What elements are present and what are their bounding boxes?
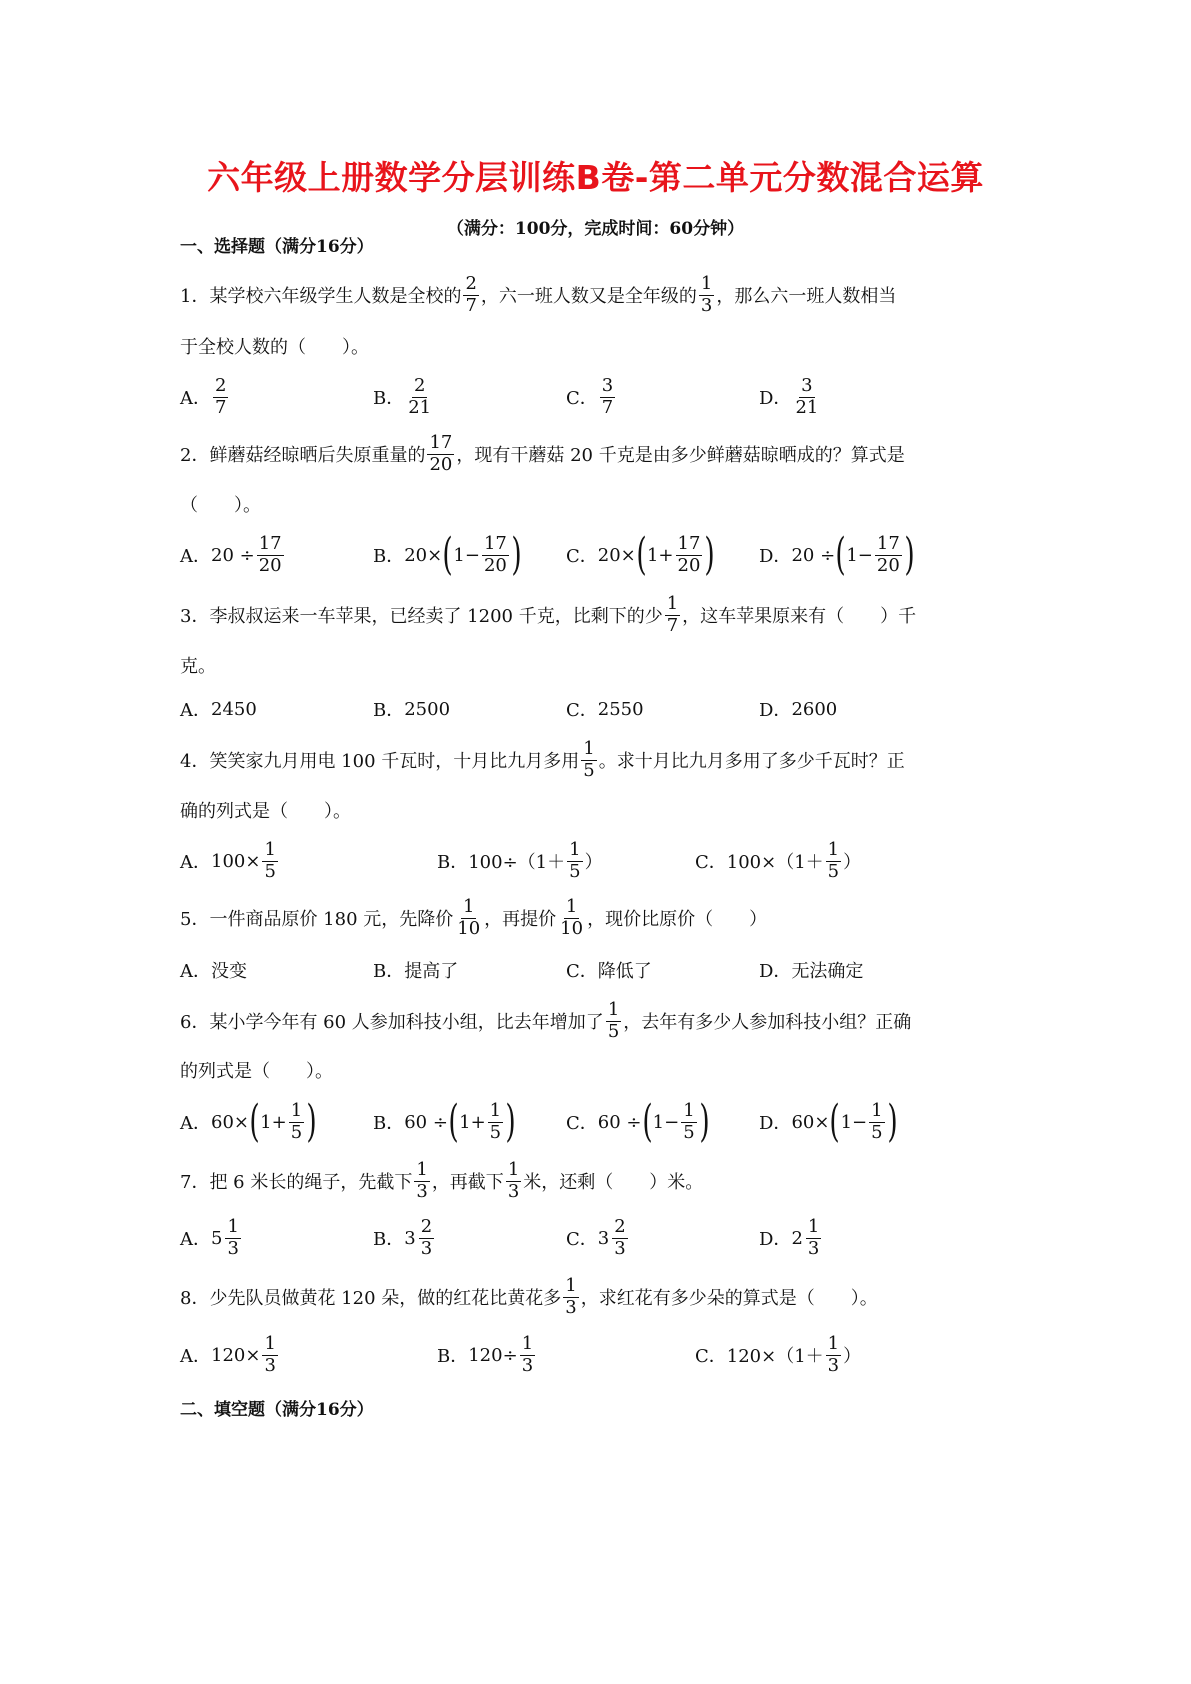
option-c[interactable]: C．2550 bbox=[566, 686, 644, 732]
question-text: ，那么六一班人数相当 bbox=[716, 282, 896, 308]
fraction: 321 bbox=[793, 377, 820, 418]
right-paren: ) bbox=[904, 533, 914, 577]
question-7-options: A．513 B．323 C．323 D．213 bbox=[180, 1215, 1020, 1261]
question-1-line1: 1． 某学校六年级学生人数是全校的 27 ，六一班人数又是全年级的 13 ，那么… bbox=[180, 275, 896, 315]
question-text: 李叔叔运来一车苹果，已经卖了 1200 千克，比剩下的少 bbox=[209, 602, 662, 628]
question-2-options: A．20 ÷ 1720 B．20×(1−1720) C．20×(1+1720) … bbox=[180, 532, 1020, 578]
fraction: 37 bbox=[600, 377, 615, 418]
question-number: 4． bbox=[180, 747, 209, 773]
option-d[interactable]: D．60×(1−15) bbox=[759, 1099, 898, 1145]
option-a[interactable]: A．20 ÷ 1720 bbox=[180, 532, 286, 578]
right-paren: ) bbox=[705, 533, 715, 577]
question-text: 某学校六年级学生人数是全校的 bbox=[209, 282, 461, 308]
left-paren: ( bbox=[830, 1100, 840, 1144]
left-paren: ( bbox=[636, 533, 646, 577]
question-text: 把 6 米长的绳子，先截下 bbox=[209, 1168, 412, 1194]
fraction: 13 bbox=[806, 1218, 821, 1259]
fraction: 110 bbox=[455, 898, 482, 939]
option-d[interactable]: D．无法确定 bbox=[759, 947, 863, 993]
page-title: 六年级上册数学分层训练B卷-第二单元分数混合运算 bbox=[0, 152, 1191, 199]
fraction: 110 bbox=[558, 898, 585, 939]
question-text: 鲜蘑菇经晾晒后失原重量的 bbox=[209, 441, 425, 467]
question-text: ，现有干蘑菇 20 千克是由多少鲜蘑菇晾晒成的？算式是 bbox=[456, 441, 904, 467]
right-paren: ) bbox=[511, 533, 521, 577]
option-d[interactable]: D．321 bbox=[759, 374, 822, 420]
option-c[interactable]: C．323 bbox=[566, 1215, 630, 1261]
left-paren: ( bbox=[249, 1100, 259, 1144]
right-paren: ) bbox=[307, 1100, 317, 1144]
fraction: 15 bbox=[606, 1001, 621, 1042]
question-4-options: A．100×15 B．100÷（1＋15） C．100×（1＋15） bbox=[180, 838, 1020, 884]
question-7-line1: 7． 把 6 米长的绳子，先截下 13 ，再截下 13 米，还剩（ ）米。 bbox=[180, 1161, 703, 1201]
question-6-line2: 的列式是（ ）。 bbox=[180, 1050, 333, 1090]
question-text: ，这车苹果原来有（ ）千 bbox=[682, 602, 916, 628]
option-b[interactable]: B．100÷（1＋15） bbox=[437, 838, 603, 884]
fraction: 15 bbox=[262, 841, 277, 882]
question-1-line2: 于全校人数的（ ）。 bbox=[180, 326, 369, 366]
fraction: 15 bbox=[581, 740, 596, 781]
question-text: ，现价比原价（ ） bbox=[587, 905, 767, 931]
fraction: 13 bbox=[563, 1277, 578, 1318]
question-2-line2: （ ）。 bbox=[180, 484, 261, 524]
fraction: 17 bbox=[665, 595, 680, 636]
question-number: 3． bbox=[180, 602, 209, 628]
option-a[interactable]: A．513 bbox=[180, 1215, 243, 1261]
option-b[interactable]: B．2500 bbox=[373, 686, 450, 732]
question-3-options: A．2450 B．2500 C．2550 D．2600 bbox=[180, 686, 1020, 732]
fraction: 23 bbox=[419, 1218, 434, 1259]
question-text: 少先队员做黄花 120 朵，做的红花比黄花多 bbox=[209, 1284, 561, 1310]
fraction: 15 bbox=[826, 841, 841, 882]
option-b[interactable]: B．提高了 bbox=[373, 947, 458, 993]
option-c[interactable]: C．120×（1＋13） bbox=[695, 1332, 861, 1378]
fraction: 13 bbox=[262, 1335, 277, 1376]
left-paren: ( bbox=[448, 1100, 458, 1144]
option-a[interactable]: A．27 bbox=[180, 374, 230, 420]
question-text: ，去年有多少人参加科技小组？正确 bbox=[623, 1008, 911, 1034]
question-5-line1: 5． 一件商品原价 180 元，先降价 110 ，再提价 110 ，现价比原价（… bbox=[180, 898, 767, 938]
option-a[interactable]: A．60×(1+15) bbox=[180, 1099, 317, 1145]
fraction: 27 bbox=[463, 275, 478, 316]
question-4-line2: 确的列式是（ ）。 bbox=[180, 790, 351, 830]
page-subtitle: （满分：100分，完成时间：60分钟） bbox=[0, 214, 1191, 239]
question-text: 米，还剩（ ）米。 bbox=[523, 1168, 703, 1194]
option-a[interactable]: A．2450 bbox=[180, 686, 257, 732]
option-a[interactable]: A．没变 bbox=[180, 947, 247, 993]
fraction: 1720 bbox=[427, 434, 454, 475]
question-text: ，六一班人数又是全年级的 bbox=[481, 282, 697, 308]
question-number: 2． bbox=[180, 441, 209, 467]
section-heading-choice: 一、选择题（满分16分） bbox=[180, 232, 374, 257]
question-number: 6． bbox=[180, 1008, 209, 1034]
question-number: 5． bbox=[180, 905, 209, 931]
option-c[interactable]: C．37 bbox=[566, 374, 617, 420]
fraction: 15 bbox=[567, 841, 582, 882]
question-5-options: A．没变 B．提高了 C．降低了 D．无法确定 bbox=[180, 947, 1020, 993]
fraction: 13 bbox=[506, 1161, 521, 1202]
fraction: 15 bbox=[488, 1102, 503, 1143]
fraction: 13 bbox=[826, 1335, 841, 1376]
question-8-line1: 8． 少先队员做黄花 120 朵，做的红花比黄花多 13 ，求红花有多少朵的算式… bbox=[180, 1277, 878, 1317]
option-d[interactable]: D．213 bbox=[759, 1215, 823, 1261]
fraction: 13 bbox=[520, 1335, 535, 1376]
option-d[interactable]: D．2600 bbox=[759, 686, 837, 732]
fraction: 15 bbox=[681, 1102, 696, 1143]
fraction: 13 bbox=[699, 275, 714, 316]
question-2-line1: 2． 鲜蘑菇经晾晒后失原重量的 1720 ，现有干蘑菇 20 千克是由多少鲜蘑菇… bbox=[180, 434, 905, 474]
fraction: 1720 bbox=[875, 535, 902, 576]
option-b[interactable]: B．221 bbox=[373, 374, 435, 420]
question-1-options: A．27 B．221 C．37 D．321 bbox=[180, 374, 1020, 420]
option-d[interactable]: D．20 ÷(1−1720) bbox=[759, 532, 915, 578]
worksheet-page: 六年级上册数学分层训练B卷-第二单元分数混合运算 （满分：100分，完成时间：6… bbox=[0, 0, 1191, 1684]
left-paren: ( bbox=[836, 533, 846, 577]
question-8-options: A．120×13 B．120÷13 C．120×（1＋13） bbox=[180, 1332, 1020, 1378]
option-b[interactable]: B．120÷13 bbox=[437, 1332, 537, 1378]
left-paren: ( bbox=[642, 1100, 652, 1144]
option-a[interactable]: A．100×15 bbox=[180, 838, 280, 884]
question-3-line2: 克。 bbox=[180, 645, 216, 685]
fraction: 13 bbox=[414, 1161, 429, 1202]
fraction: 27 bbox=[213, 377, 228, 418]
question-text: 笑笑家九月用电 100 千瓦时，十月比九月多用 bbox=[209, 747, 579, 773]
fraction: 13 bbox=[225, 1218, 240, 1259]
question-text: 。求十月比九月多用了多少千瓦时？正 bbox=[599, 747, 905, 773]
fraction: 15 bbox=[289, 1102, 304, 1143]
fraction: 1720 bbox=[482, 535, 509, 576]
option-b[interactable]: B．20×(1−1720) bbox=[373, 532, 522, 578]
question-text: ，再提价 bbox=[484, 905, 556, 931]
question-text: ，再截下 bbox=[432, 1168, 504, 1194]
right-paren: ) bbox=[887, 1100, 897, 1144]
option-c[interactable]: C．20×(1+1720) bbox=[566, 532, 716, 578]
option-b[interactable]: B．323 bbox=[373, 1215, 436, 1261]
left-paren: ( bbox=[443, 533, 453, 577]
question-number: 1． bbox=[180, 282, 209, 308]
option-a[interactable]: A．120×13 bbox=[180, 1332, 280, 1378]
right-paren: ) bbox=[506, 1100, 516, 1144]
question-text: 一件商品原价 180 元，先降价 bbox=[209, 905, 453, 931]
fraction: 1720 bbox=[257, 535, 284, 576]
right-paren: ) bbox=[699, 1100, 709, 1144]
fraction: 15 bbox=[869, 1102, 884, 1143]
question-3-line1: 3． 李叔叔运来一车苹果，已经卖了 1200 千克，比剩下的少 17 ，这车苹果… bbox=[180, 595, 916, 635]
question-text: ，求红花有多少朵的算式是（ ）。 bbox=[581, 1284, 878, 1310]
section-heading-fill-in: 二、填空题（满分16分） bbox=[180, 1395, 374, 1420]
fraction: 1720 bbox=[676, 535, 703, 576]
question-6-line1: 6． 某小学今年有 60 人参加科技小组，比去年增加了 15 ，去年有多少人参加… bbox=[180, 1001, 911, 1041]
question-6-options: A．60×(1+15) B．60 ÷(1+15) C．60 ÷(1−15) D．… bbox=[180, 1099, 1020, 1145]
option-b[interactable]: B．60 ÷(1+15) bbox=[373, 1099, 516, 1145]
question-text: 某小学今年有 60 人参加科技小组，比去年增加了 bbox=[209, 1008, 603, 1034]
option-c[interactable]: C．100×（1＋15） bbox=[695, 838, 861, 884]
option-c[interactable]: C．降低了 bbox=[566, 947, 652, 993]
question-number: 8． bbox=[180, 1284, 209, 1310]
question-4-line1: 4． 笑笑家九月用电 100 千瓦时，十月比九月多用 15 。求十月比九月多用了… bbox=[180, 740, 905, 780]
option-c[interactable]: C．60 ÷(1−15) bbox=[566, 1099, 710, 1145]
question-number: 7． bbox=[180, 1168, 209, 1194]
fraction: 221 bbox=[406, 377, 433, 418]
fraction: 23 bbox=[612, 1218, 627, 1259]
